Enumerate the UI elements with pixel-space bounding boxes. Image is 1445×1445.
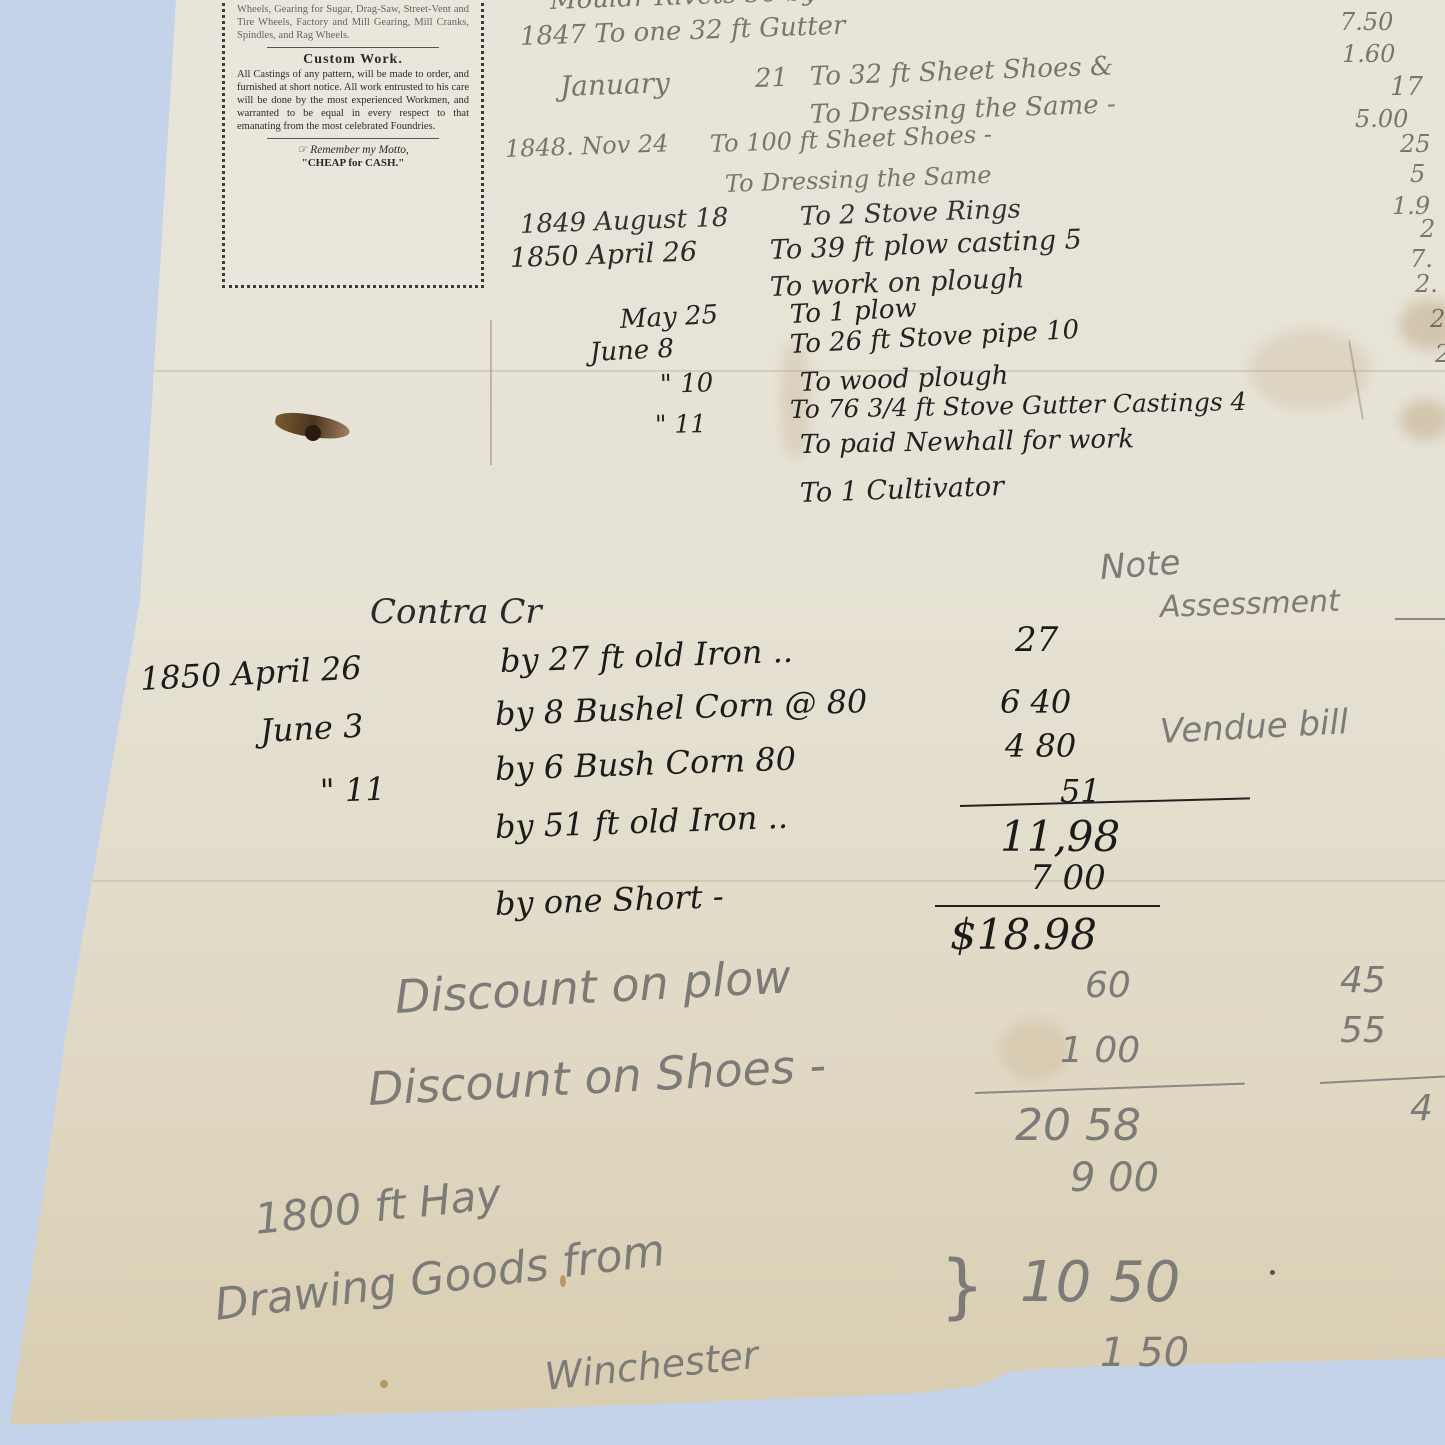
debit-row-10-date: June 8: [589, 334, 675, 368]
ad-motto-label: ☞ Remember my Motto,: [237, 144, 469, 157]
credit-row-1-amount: 27: [1015, 620, 1058, 660]
credit-short-amount: 7 00: [1030, 858, 1106, 898]
credit-subtotal: 11,98: [1000, 812, 1120, 861]
pencil-assessment: Assessment: [1159, 584, 1340, 625]
debit-amount: 2: [1420, 215, 1435, 243]
debit-amount: 1.60: [1342, 40, 1395, 68]
ad-motto: "CHEAP for CASH.": [237, 157, 469, 170]
debit-row-2-date: January: [559, 66, 670, 103]
pencil-right-margin: 45: [1340, 960, 1386, 1001]
ink-blot-dot: [305, 425, 321, 441]
pencil-discount-plow-amount: 60: [1085, 965, 1131, 1006]
credit-row-2-date: June 3: [259, 707, 364, 750]
pencil-sub: 9 00: [1070, 1155, 1159, 1201]
pencil-right-margin: 4: [1410, 1088, 1433, 1129]
credit-total: $18.98: [950, 910, 1097, 959]
debit-amount: 2.: [1415, 270, 1438, 298]
pencil-drawing-amount: 10 50: [1020, 1250, 1180, 1315]
credit-row-3-date: " 11: [319, 770, 386, 810]
credit-short-text: by one Short -: [494, 877, 724, 923]
ad-heading: Custom Work.: [237, 53, 469, 66]
credit-row-3-amount: 4 80: [1005, 727, 1076, 765]
debit-amount: 7.: [1410, 245, 1433, 273]
ad-divider: [267, 47, 439, 48]
pencil-bottom-partial: 1 50: [1100, 1330, 1189, 1376]
fold-line: [150, 370, 1445, 372]
pencil-discount-shoes-amount: 1 00: [1060, 1030, 1140, 1071]
debit-row-11-date: " 10: [659, 368, 713, 400]
debit-row-4-date: 1848. Nov 24: [505, 129, 669, 163]
ad-body: All Castings of any pattern, will be mad…: [237, 68, 469, 133]
pencil-right-margin: 55: [1340, 1010, 1386, 1051]
pencil-brace: }: [940, 1245, 985, 1327]
debit-row-13-text: To paid Newhall for work: [800, 424, 1135, 460]
debit-row-12-date: " 11: [655, 409, 707, 439]
debit-row-2-day: 21: [754, 63, 788, 94]
credit-row-4-amount: 51: [1060, 772, 1101, 810]
pencil-note-label: Note: [1099, 542, 1182, 588]
ad-divider: [267, 138, 439, 139]
debit-amount: 2: [1435, 340, 1445, 368]
debit-amount: 7.50: [1340, 8, 1393, 36]
foxing-spot: [1270, 1270, 1275, 1275]
fold-line: [60, 880, 1445, 882]
debit-row-9-date: May 25: [619, 300, 719, 335]
foxing-spot: [380, 1380, 388, 1388]
stain: [1400, 400, 1445, 440]
fold-crease: [490, 320, 492, 465]
printed-advertisement: Wheels, Gearing for Sugar, Drag-Saw, Str…: [222, 0, 484, 288]
pencil-sum: 20 58: [1015, 1100, 1141, 1151]
debit-row-7-date: 1850 April 26: [509, 236, 697, 274]
pencil-dash: [1395, 618, 1445, 620]
debit-amount: 25: [1400, 130, 1431, 158]
debit-amount: 5.00: [1355, 105, 1408, 133]
credit-heading: Contra Cr: [370, 592, 542, 632]
debit-amount: 17: [1390, 72, 1423, 102]
credit-row-2-amount: 6 40: [1000, 683, 1071, 721]
debit-amount: 5: [1410, 160, 1425, 188]
debit-amount: 2: [1430, 305, 1445, 333]
credit-total-rule: [935, 905, 1160, 907]
ad-top-fragment: Wheels, Gearing for Sugar, Drag-Saw, Str…: [237, 3, 469, 42]
